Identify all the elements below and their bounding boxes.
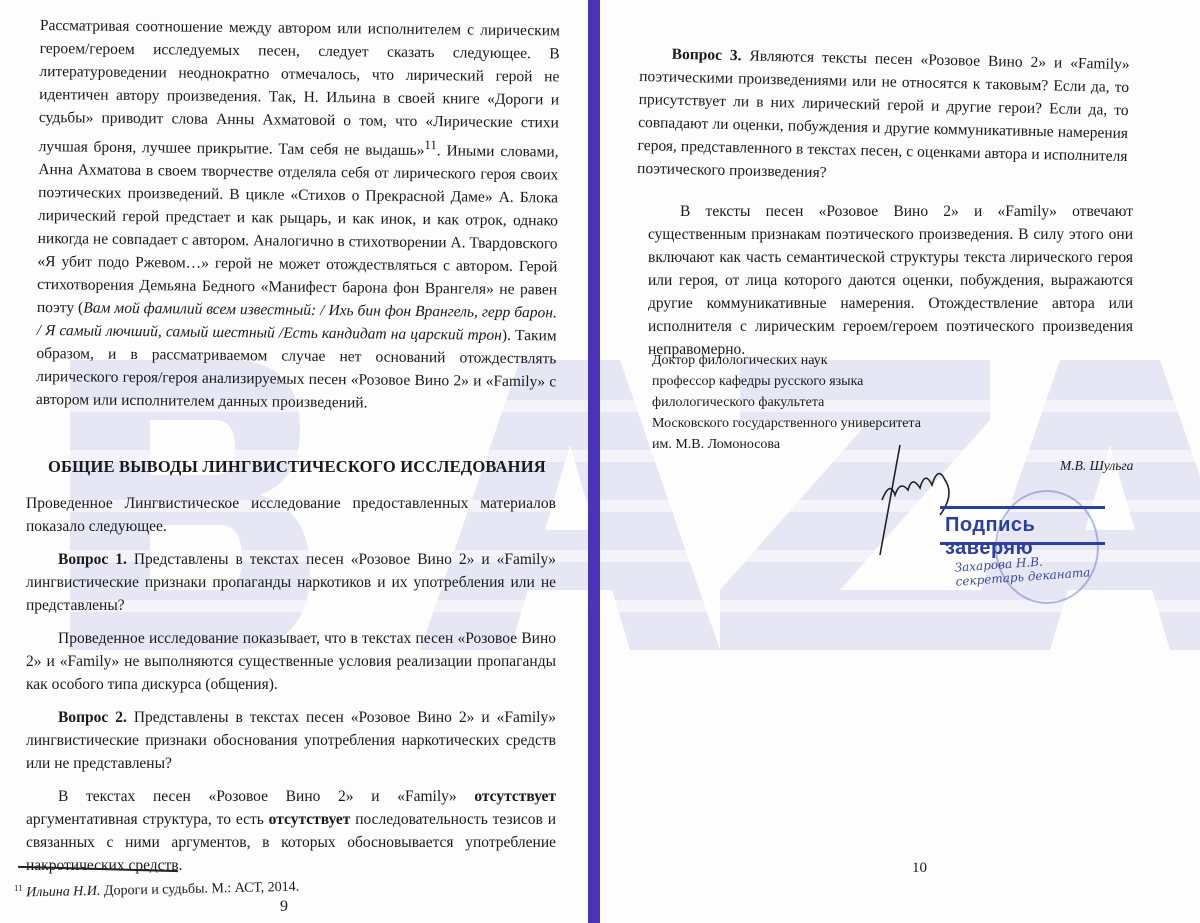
footnote-author: Ильина Н.И.	[26, 884, 101, 901]
question-3: Вопрос 3. Являются тексты песен «Розовое…	[637, 42, 1130, 191]
intro-paragraph-block: Рассматривая соотношение между автором и…	[36, 14, 560, 417]
page-number-left: 9	[280, 898, 288, 916]
signature-line: Доктор филологических наук	[652, 350, 921, 371]
answer-3: В тексты песен «Розовое Вино 2» и «Famil…	[648, 200, 1133, 361]
section-heading: ОБЩИЕ ВЫВОДЫ ЛИНГВИСТИЧЕСКОГО ИССЛЕДОВАН…	[48, 457, 548, 477]
question-1-label: Вопрос 1.	[58, 551, 127, 568]
signature-line: филологического факультета	[652, 392, 921, 413]
footnote-ref[interactable]: 11	[424, 137, 437, 152]
summary-intro: Проведенное Лингвистическое исследование…	[26, 492, 556, 538]
signer-name: М.В. Шульга	[1060, 458, 1133, 474]
stamp-line-bottom	[940, 542, 1105, 545]
answer-2-emphasis-2: отсутствует	[269, 811, 351, 828]
question-2-label: Вопрос 2.	[58, 709, 127, 726]
footnote-text: Дороги и судьбы. М.: АСТ, 2014.	[100, 880, 299, 899]
signature-line: профессор кафедры русского языка	[652, 371, 921, 392]
question-2: Вопрос 2. Представлены в текстах песен «…	[26, 706, 556, 775]
stamp-text: Подпись заверяю	[945, 514, 1115, 560]
answer-1: Проведенное исследование показывает, что…	[26, 627, 556, 696]
stamp-line-top	[940, 506, 1105, 509]
question-3-block: Вопрос 3. Являются тексты песен «Розовое…	[637, 42, 1130, 191]
certification-stamp: Подпись заверяю Захарова Н.В. секретарь …	[935, 500, 1115, 600]
answer-2-part2: аргументативная структура, то есть	[26, 811, 269, 828]
answer-3-block: В тексты песен «Розовое Вино 2» и «Famil…	[648, 200, 1133, 361]
page-number-right: 10	[912, 860, 927, 877]
intro-quote: Вам мой фамилий всем известный: / Ихь би…	[37, 300, 557, 344]
intro-text-cont: . Иными словами, Анна Ахматова в своем т…	[37, 142, 559, 316]
footnote-number: 11	[14, 883, 23, 893]
page-divider	[588, 0, 600, 923]
answer-2-part1: В текстах песен «Розовое Вино 2» и «Fami…	[58, 788, 474, 805]
intro-text: Рассматривая соотношение между автором и…	[39, 17, 560, 159]
answer-2-emphasis-1: отсутствует	[474, 788, 556, 805]
answer-2: В текстах песен «Розовое Вино 2» и «Fami…	[26, 785, 556, 877]
question-3-text: Являются тексты песен «Розовое Вино 2» и…	[637, 47, 1130, 181]
intro-paragraph: Рассматривая соотношение между автором и…	[36, 14, 560, 417]
conclusions-block: Проведенное Лингвистическое исследование…	[26, 492, 556, 887]
question-3-label: Вопрос 3.	[672, 46, 742, 65]
signature-line: Московского государственного университет…	[652, 413, 921, 434]
question-1: Вопрос 1. Представлены в текстах песен «…	[26, 548, 556, 617]
